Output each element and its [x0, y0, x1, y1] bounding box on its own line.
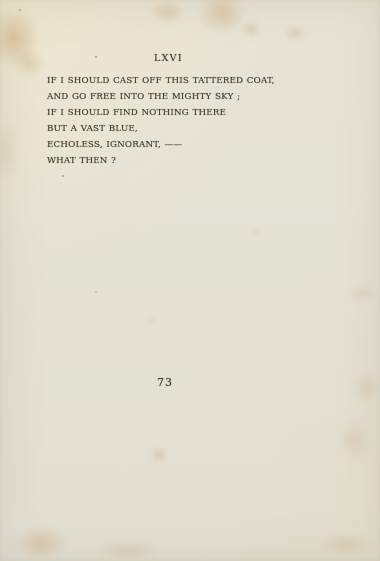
- foxing-stain: [348, 286, 378, 301]
- ink-speck: [62, 175, 64, 177]
- ink-speck: [95, 291, 97, 293]
- foxing-stain: [316, 532, 374, 558]
- foxing-stain: [338, 418, 372, 462]
- foxing-stain: [144, 316, 157, 327]
- foxing-stain: [249, 227, 261, 238]
- poem-line: IF I SHOULD FIND NOTHING THERE: [47, 105, 347, 121]
- foxing-stain: [150, 447, 168, 463]
- book-page: LXVI IF I SHOULD CAST OFF THIS TATTERED …: [0, 0, 380, 561]
- foxing-stain: [241, 20, 261, 38]
- foxing-stain: [198, 0, 246, 34]
- poem-line: AND GO FREE INTO THE MIGHTY SKY ;: [47, 89, 347, 105]
- foxing-stain: [0, 115, 20, 185]
- poem-text: IF I SHOULD CAST OFF THIS TATTERED COAT,…: [47, 73, 347, 170]
- foxing-stain: [12, 48, 46, 78]
- poem-line: IF I SHOULD CAST OFF THIS TATTERED COAT,: [47, 73, 347, 89]
- foxing-stain: [0, 8, 40, 68]
- foxing-stain: [96, 542, 160, 560]
- ink-speck: [95, 56, 97, 58]
- foxing-stain: [148, 0, 186, 24]
- page-number: 73: [157, 376, 173, 389]
- section-number-heading: LXVI: [154, 53, 183, 65]
- ink-speck: [19, 9, 21, 11]
- foxing-stain: [353, 372, 380, 404]
- foxing-stain: [14, 526, 68, 560]
- foxing-stain: [283, 26, 307, 41]
- poem-line: WHAT THEN ?: [47, 153, 347, 169]
- poem-line: BUT A VAST BLUE,: [47, 121, 347, 137]
- poem-line: ECHOLESS, IGNORANT, ——: [47, 137, 347, 153]
